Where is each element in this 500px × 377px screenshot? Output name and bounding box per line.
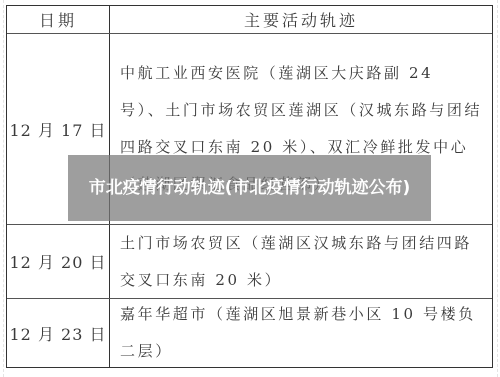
row-track-cell: 土门市场农贸区（莲湖区汉城东路与团结四路交叉口东南 20 米） (110, 225, 492, 298)
header-date: 日期 (7, 6, 110, 33)
row-date: 12 月 23 日 (7, 299, 110, 367)
row-track: 嘉年华超市（莲湖区旭景新巷小区 10 号楼负二层） (120, 296, 484, 370)
banner-title[interactable]: 市北疫情行动轨迹(市北疫情行动轨迹公布) (80, 177, 420, 199)
title-banner[interactable]: 市北疫情行动轨迹(市北疫情行动轨迹公布) (68, 155, 431, 221)
table-header-row: 日期 主要活动轨迹 (7, 6, 492, 34)
page-edge-left (3, 0, 5, 377)
header-track: 主要活动轨迹 (110, 6, 492, 33)
table-row: 12 月 23 日 嘉年华超市（莲湖区旭景新巷小区 10 号楼负二层） (7, 299, 492, 367)
row-track: 土门市场农贸区（莲湖区汉城东路与团结四路交叉口东南 20 米） (120, 225, 484, 299)
row-track-cell: 嘉年华超市（莲湖区旭景新巷小区 10 号楼负二层） (110, 299, 492, 367)
row-date: 12 月 20 日 (7, 225, 110, 298)
page-edge-right (497, 0, 499, 377)
table-row: 12 月 20 日 土门市场农贸区（莲湖区汉城东路与团结四路交叉口东南 20 米… (7, 225, 492, 299)
